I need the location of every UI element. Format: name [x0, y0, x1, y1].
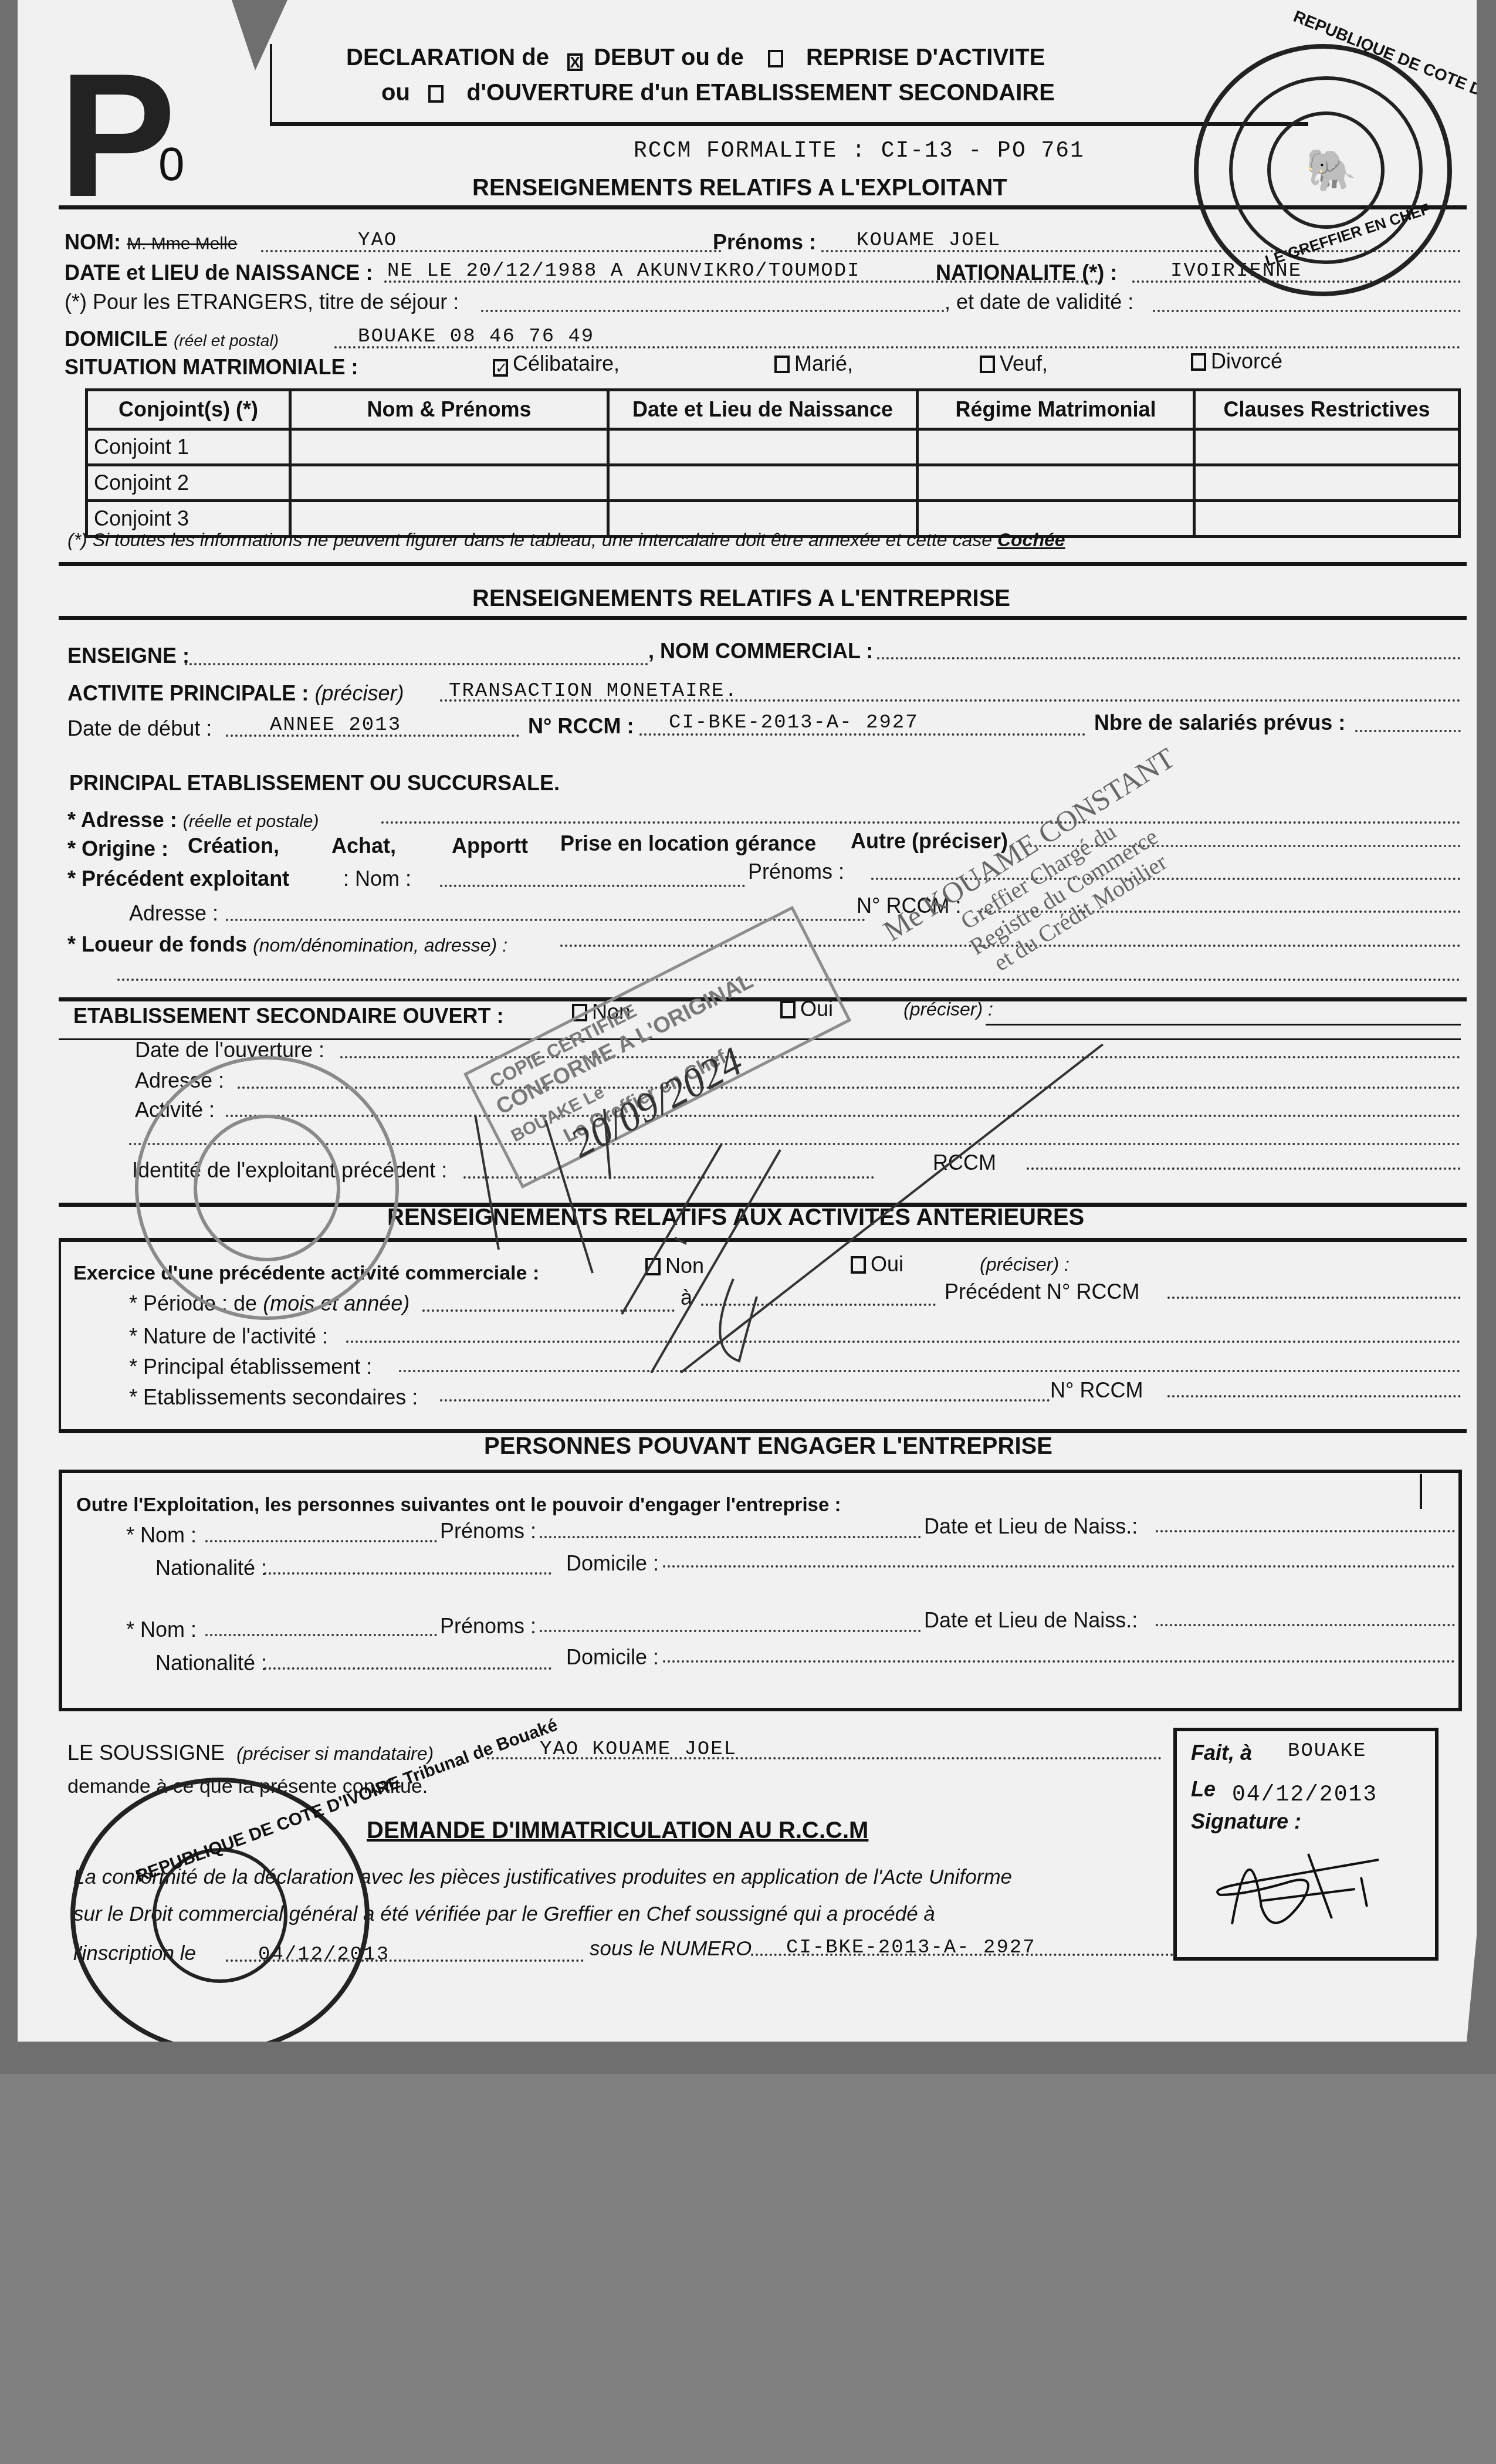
- salaries-dotted-line[interactable]: [1355, 730, 1461, 732]
- divider: [59, 616, 1467, 620]
- personne-1-domicile-label: Domicile :: [566, 1552, 659, 1575]
- personne-2-prenoms-dotted-line[interactable]: [540, 1630, 921, 1632]
- conjoint-2-nom[interactable]: [290, 465, 608, 501]
- nom-commercial-label: , NOM COMMERCIAL :: [648, 639, 873, 663]
- situation-divorce[interactable]: Divorcé: [1191, 350, 1282, 373]
- personne-1-nom-dotted-line[interactable]: [205, 1540, 437, 1542]
- prenoms-value[interactable]: KOUAME JOEL: [857, 229, 1001, 252]
- divorce-checkbox[interactable]: [1191, 353, 1206, 371]
- nom-field: NOM: M. Mme Melle: [65, 231, 237, 256]
- personne-1-nom-label: * Nom :: [126, 1524, 197, 1547]
- precedent-exploitant-label: * Précédent exploitant: [67, 867, 289, 891]
- validite-label: , et date de validité :: [945, 290, 1133, 314]
- personne-2-nationalite-dotted-line[interactable]: [264, 1667, 551, 1670]
- etab-preciser: (préciser) :: [903, 997, 993, 1021]
- origine-autre[interactable]: Autre (préciser): [851, 830, 1008, 853]
- domicile-value[interactable]: BOUAKE 08 46 76 49: [358, 325, 594, 348]
- personne-1-domicile-dotted-line[interactable]: [663, 1565, 1455, 1568]
- personne-2-domicile-dotted-line[interactable]: [663, 1660, 1455, 1663]
- soussigne-field: LE SOUSSIGNE (préciser si mandataire): [67, 1741, 434, 1765]
- nom-dotted-line: [261, 250, 722, 252]
- domicile-field: DOMICILE (réel et postal): [65, 327, 279, 353]
- rccm-formalite: RCCM FORMALITE : CI-13 - PO 761: [634, 140, 1085, 163]
- conjoint-2-naissance[interactable]: [608, 465, 918, 501]
- divider: [59, 1429, 1467, 1433]
- titre-sejour-dotted-line[interactable]: [481, 310, 945, 312]
- conjoints-table: Conjoint(s) (*) Nom & Prénoms Date et Li…: [85, 388, 1461, 538]
- immatriculation-title: DEMANDE D'IMMATRICULATION AU R.C.C.M: [367, 1819, 868, 1842]
- personne-2-naiss-dotted-line[interactable]: [1156, 1624, 1455, 1626]
- precedent-rccm-dotted-line[interactable]: [1167, 1297, 1461, 1299]
- fait-a-label: Fait, à: [1191, 1741, 1252, 1765]
- header-line-1: DECLARATION de X DEBUT ou de REPRISE D'A…: [346, 46, 1045, 71]
- table-row: Conjoint 1: [87, 429, 1460, 465]
- enseigne-label: ENSEIGNE :: [67, 644, 189, 668]
- date-debut-value[interactable]: ANNEE 2013: [270, 713, 401, 737]
- etrangers-label: (*) Pour les ETRANGERS, titre de séjour …: [65, 290, 459, 314]
- etab-secondaires-dotted-line[interactable]: [440, 1399, 1050, 1402]
- personne-2-prenoms-label: Prénoms :: [440, 1615, 536, 1638]
- numero-label: sous le NUMERO: [590, 1937, 752, 1961]
- naissance-label: DATE et LIEU de NAISSANCE :: [65, 261, 373, 285]
- ouverture-checkbox[interactable]: [428, 85, 444, 103]
- form-letter-p: P: [59, 47, 176, 223]
- etab-secondaires-label: * Etablissements secondaires :: [129, 1386, 418, 1409]
- table-header-row: Conjoint(s) (*) Nom & Prénoms Date et Li…: [87, 390, 1460, 429]
- fait-a-value[interactable]: BOUAKE: [1288, 1739, 1366, 1763]
- form-page: P 0 DECLARATION de X DEBUT ou de REPRISE…: [18, 0, 1477, 2042]
- personne-1-prenoms-dotted-line[interactable]: [540, 1536, 921, 1538]
- nationalite-label: NATIONALITE (*) :: [936, 261, 1117, 285]
- celibataire-checkbox[interactable]: ✓: [493, 359, 508, 377]
- conjoints-footnote: (*) Si toutes les informations ne peuven…: [67, 528, 1065, 551]
- personnes-intro: Outre l'Exploitation, les personnes suiv…: [76, 1493, 841, 1517]
- numero-value[interactable]: CI-BKE-2013-A- 2927: [786, 1936, 1036, 1959]
- rccm-label: N° RCCM :: [528, 715, 634, 738]
- etab-secondaires-rccm-dotted-line[interactable]: [1167, 1395, 1461, 1397]
- precedent-adresse-label: Adresse :: [129, 902, 218, 925]
- rccm-value[interactable]: CI-BKE-2013-A- 2927: [669, 711, 919, 735]
- veuf-checkbox[interactable]: [980, 356, 995, 373]
- origine-label: * Origine :: [67, 837, 168, 861]
- personne-1-prenoms-label: Prénoms :: [440, 1519, 536, 1543]
- precedent-prenoms-label: Prénoms :: [748, 860, 844, 884]
- section-title-exploitant: RENSEIGNEMENTS RELATIFS A L'EXPLOITANT: [472, 176, 1007, 199]
- personne-1-naiss-label: Date et Lieu de Naiss.:: [924, 1515, 1138, 1538]
- situation-veuf[interactable]: Veuf,: [980, 352, 1048, 375]
- origine-apport[interactable]: Apportt: [452, 834, 528, 858]
- marie-checkbox[interactable]: [774, 356, 790, 373]
- header-box-bottom: [270, 122, 1308, 126]
- nom-commercial-dotted-line[interactable]: [877, 657, 1461, 659]
- elephant-emblem-icon: 🐘: [1305, 147, 1356, 195]
- adresse-dotted-line[interactable]: [381, 821, 1461, 824]
- situation-marie[interactable]: Marié,: [774, 352, 853, 375]
- header-box-left: [270, 44, 272, 126]
- personne-2-nationalite-label: Nationalité :: [155, 1651, 267, 1675]
- conjoint-3-clauses[interactable]: [1194, 501, 1460, 537]
- conjoint-2-clauses[interactable]: [1194, 465, 1460, 501]
- mark-line: [1420, 1474, 1422, 1509]
- signature-label: Signature :: [1191, 1810, 1301, 1833]
- tribunal-stamp-middle-inner: [194, 1115, 340, 1261]
- personne-1-nationalite-dotted-line[interactable]: [264, 1572, 551, 1575]
- debut-checkbox[interactable]: X: [567, 53, 583, 71]
- le-label: Le: [1191, 1778, 1216, 1801]
- date-ouverture-label: Date de l'ouverture :: [135, 1038, 324, 1062]
- signature-scribble: [1209, 1836, 1408, 1948]
- validite-dotted-line[interactable]: [1153, 310, 1461, 312]
- section-title-entreprise: RENSEIGNEMENTS RELATIFS A L'ENTREPRISE: [472, 587, 1010, 610]
- prenoms-label: Prénoms :: [713, 231, 816, 254]
- personne-2-naiss-label: Date et Lieu de Naiss.:: [924, 1609, 1138, 1632]
- conjoint-1-naissance[interactable]: [608, 429, 918, 465]
- personne-2-nom-label: * Nom :: [126, 1618, 197, 1641]
- precedent-nom-label: : Nom :: [343, 867, 411, 891]
- conjoint-1-clauses[interactable]: [1194, 429, 1460, 465]
- situation-celibataire[interactable]: ✓Célibataire,: [493, 352, 620, 377]
- situation-label: SITUATION MATRIMONIALE :: [65, 356, 358, 379]
- date-debut-label: Date de début :: [67, 717, 212, 740]
- box-left: [59, 1238, 61, 1431]
- section-title-personnes: PERSONNES POUVANT ENGAGER L'ENTREPRISE: [484, 1434, 1052, 1458]
- enseigne-dotted-line[interactable]: [185, 663, 648, 665]
- etab-secondaire-label: ETABLISSEMENT SECONDAIRE OUVERT :: [73, 1004, 503, 1028]
- conjoint-1-nom[interactable]: [290, 429, 608, 465]
- header-line-2: ou d'OUVERTURE d'un ETABLISSEMENT SECOND…: [381, 81, 1055, 104]
- origine-location-gerance[interactable]: Prise en location gérance: [560, 832, 816, 855]
- etab-preciser-line[interactable]: [986, 1024, 1461, 1025]
- handwritten-strokes: [428, 1044, 1132, 1373]
- soussigne-value[interactable]: YAO KOUAME JOEL: [540, 1738, 737, 1761]
- origine-achat[interactable]: Achat,: [331, 834, 396, 858]
- etab-secondaires-rccm-label: N° RCCM: [1050, 1379, 1143, 1402]
- divider: [59, 562, 1467, 566]
- personne-2-domicile-label: Domicile :: [566, 1646, 659, 1669]
- personne-1-nationalite-label: Nationalité :: [155, 1556, 267, 1580]
- personne-2-nom-dotted-line[interactable]: [205, 1634, 437, 1636]
- precedent-nom-dotted-line[interactable]: [440, 885, 745, 887]
- principal-etablissement-title: PRINCIPAL ETABLISSEMENT OU SUCCURSALE.: [69, 771, 560, 795]
- adresse-field: * Adresse : (réelle et postale): [67, 808, 319, 834]
- conjoint-1-regime[interactable]: [918, 429, 1194, 465]
- le-value[interactable]: 04/12/2013: [1232, 1783, 1377, 1807]
- reprise-checkbox[interactable]: [768, 50, 783, 67]
- personne-1-naiss-dotted-line[interactable]: [1156, 1530, 1455, 1532]
- table-row: Conjoint 2: [87, 465, 1460, 501]
- principal-etab-label: * Principal établissement :: [129, 1355, 372, 1379]
- form-letter-o: 0: [158, 138, 185, 191]
- activite-value[interactable]: TRANSACTION MONETAIRE.: [449, 679, 738, 703]
- conjoint-2-regime[interactable]: [918, 465, 1194, 501]
- naissance-value[interactable]: NE LE 20/12/1988 A AKUNVIKRO/TOUMODI: [387, 259, 861, 283]
- origine-creation[interactable]: Création,: [188, 834, 279, 858]
- salaries-label: Nbre de salariés prévus :: [1094, 711, 1345, 735]
- activite-principale-field: ACTIVITE PRINCIPALE : (préciser): [67, 682, 404, 705]
- nature-activite-label: * Nature de l'activité :: [129, 1325, 328, 1348]
- nom-value[interactable]: YAO: [358, 229, 397, 252]
- loueur-field: * Loueur de fonds (nom/dénomination, adr…: [67, 933, 507, 957]
